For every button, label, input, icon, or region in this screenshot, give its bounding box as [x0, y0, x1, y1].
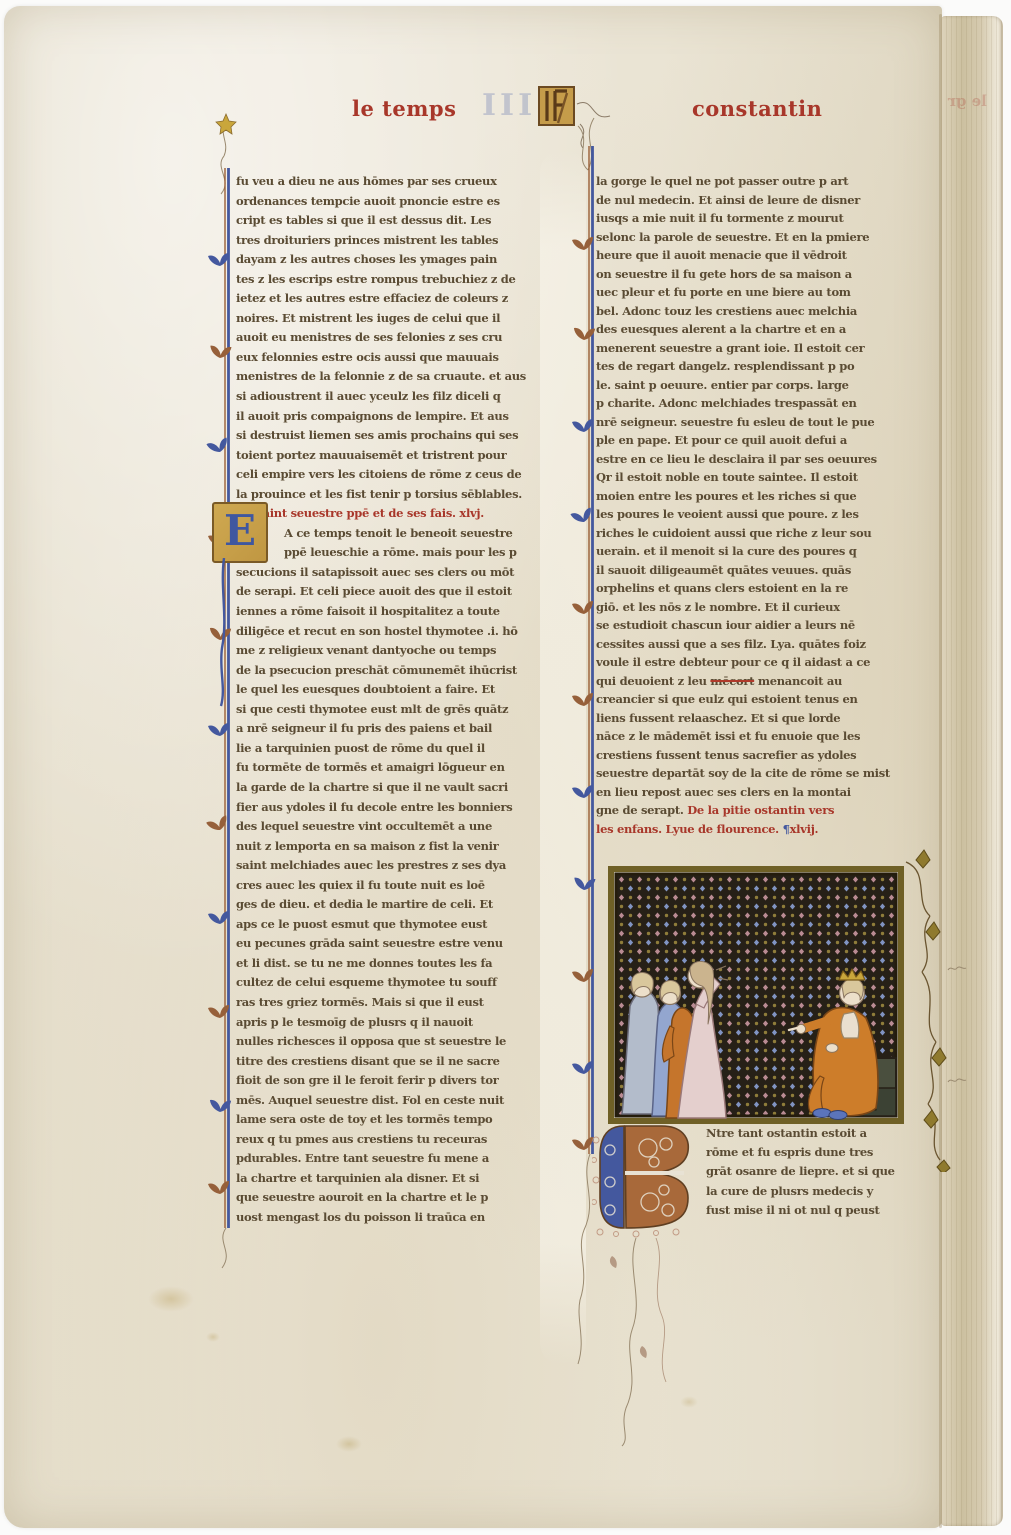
text-line: auoit eu menistres de ses felonies z ses… [236, 328, 539, 348]
text-line: on seuestre il fu gete hors de sa maison… [596, 265, 905, 284]
text-line: secucions il satapissoit auec ses clers … [236, 563, 539, 583]
text-line: tes z les escrips estre rompus trebuchie… [236, 270, 539, 290]
text-line: tres droituriers princes mistrent les ta… [236, 231, 539, 251]
text-line: des euesques alerent a la chartre et en … [596, 320, 905, 339]
miniature-constantine-and-women [608, 866, 904, 1124]
text-line: celi empire vers les citoiens de rōme z … [236, 465, 539, 485]
text-line: uerain. et il menoit si la cure des pour… [596, 542, 905, 561]
text-line: fu veu a dieu ne aus hōmes par ses crueu… [236, 172, 539, 192]
text-line: si que cesti thymotee eust mlt de grēs q… [236, 700, 539, 720]
text-line: tes de regart dangelz. resplendissant p … [596, 357, 905, 376]
blue-paraph-mark: ¶ [783, 822, 790, 836]
text-line: toient portez mauuaisemēt et tristrent p… [236, 446, 539, 466]
text-line: noires. Et mistrent les iuges de celui q… [236, 309, 539, 329]
text-line: des lequel seuestre vint occultemēt a un… [236, 817, 539, 837]
text-column-left: fu veu a dieu ne aus hōmes par ses crueu… [236, 172, 539, 1228]
text-line: uec pleur et fu porte en une biere au to… [596, 283, 905, 302]
text-line: iusqs a mie nuit il fu tormente z mourut [596, 209, 905, 228]
text-line: nāce z le mādemēt issi et fu enuoie que … [596, 727, 905, 746]
left-column-block-b: secucions il satapissoit auec ses clers … [236, 563, 539, 1228]
right-column-block-a1: la gorge le quel ne pot passer outre p a… [596, 172, 905, 672]
initial-penwork-tail-icon [596, 1238, 726, 1448]
text-line: cessites aussi que a ses filz. Lya. quāt… [596, 635, 905, 654]
left-column-indented-lines: A ce temps tenoit le beneoit seuestreppē… [236, 524, 539, 563]
text-line: titre des crestiens disant que se il ne … [236, 1052, 539, 1072]
text-line: apris p le tesmoīg de plusrs q il nauoit [236, 1013, 539, 1033]
text-line: cres auec les quiex il fu toute nuit es … [236, 876, 539, 896]
running-title-left: le temps [352, 96, 456, 121]
text-line: il sauoit diligeaumēt quātes veuues. quā… [596, 561, 905, 580]
text-line: il auoit pris compaignons de lempire. Et… [236, 407, 539, 427]
text-line: estre en ce lieu le desclaira il par ses… [596, 450, 905, 469]
text-line: si destruist liemen ses amis prochains q… [236, 426, 539, 446]
text-line: fier aus ydoles il fu decole entre les b… [236, 798, 539, 818]
rubric-mixed-line: gne de serapt. De la pitie ostantin vers [596, 801, 905, 820]
women-group-figure [622, 961, 728, 1118]
text-line: iennes a rōme faisoit il hospitalitez a … [236, 602, 539, 622]
text-line: orphelins et quans clers estoient en la … [596, 579, 905, 598]
text-line: ietez et les autres estre effaciez de co… [236, 289, 539, 309]
text-line: p charite. Adonc melchiades trespassāt e… [596, 394, 905, 413]
text-line: menerent seuestre a grant ioie. Il estoi… [596, 339, 905, 358]
parchment-stain [206, 1332, 220, 1342]
text-line: selonc la parole de seuestre. Et en la p… [596, 228, 905, 247]
text-line: eu pecunes grāda saint seuestre estre ve… [236, 934, 539, 954]
text-line: nulles richesces il opposa que st seuest… [236, 1032, 539, 1052]
text-line: pdurables. Entre tant seuestre fu mene a [236, 1149, 539, 1169]
left-column-block-a: fu veu a dieu ne aus hōmes par ses crueu… [236, 172, 539, 504]
text-line: si adioustrent il auec yceulz les filz d… [236, 387, 539, 407]
text-line: moien entre les poures et les riches si … [596, 487, 905, 506]
text-line: me z religieux venant dantyoche ou temps [236, 641, 539, 661]
text-line: reux q tu pmes aus crestiens tu receuras [236, 1130, 539, 1150]
text-line: lie a tarquinien puost de rōme du quel i… [236, 739, 539, 759]
right-column-block-a2: creancier si que eulz qui estoient tenus… [596, 690, 905, 801]
page-edge-line [939, 14, 942, 1528]
text-line: aps ce le puost esmut que thymotee eust [236, 915, 539, 935]
text-line: se estudioit chascun iour aidier a leurs… [596, 616, 905, 635]
text-line: les poures le veoient aussi que poure. z… [596, 505, 905, 524]
text-line: fu tormēte de tormēs et amaigri lōgueur … [236, 758, 539, 778]
right-ivy-sprays-icon [896, 842, 972, 1172]
text-line: et li dist. se tu ne me donnes toutes le… [236, 954, 539, 974]
text-line: bel. Adonc touz les crestiens auec melch… [596, 302, 905, 321]
bleedthrough-red-text: le gr [948, 92, 987, 110]
text-line: eux felonnies estre ocis aussi que mauua… [236, 348, 539, 368]
text-line: menistres de la felonnie z de sa cruaute… [236, 367, 539, 387]
text-line: uost mengast los du poisson li traūca en [236, 1208, 539, 1228]
initial-tail-flourish-icon [216, 558, 234, 708]
text-line: la chartre et tarquinien ala disner. Et … [236, 1169, 539, 1189]
text-line: lame sera oste de toy et les tormēs temp… [236, 1110, 539, 1130]
book-fore-edge [941, 16, 1003, 1526]
text-line: ppē leueschie a rōme. mais pour les p [236, 543, 539, 563]
text-line: crestiens fussent tenus sacrefier as ydo… [596, 746, 905, 765]
text-line: fioit de son gre il le feroit ferir p di… [236, 1071, 539, 1091]
text-line: dayam z les autres choses les ymages pai… [236, 250, 539, 270]
manuscript-scan: le temps constantin III le gr [0, 0, 1011, 1535]
text-line: le. saint p oeuure. entier par corps. la… [596, 376, 905, 395]
text-line: de nul medecin. Et ainsi de leure de dis… [596, 191, 905, 210]
parchment-stain [336, 1436, 362, 1452]
text-line: cultez de celui esqueme thymotee tu souf… [236, 973, 539, 993]
text-line: voule il estre debteur pour ce q il aida… [596, 653, 905, 672]
text-line: seuestre departāt soy de la cite de rōme… [596, 764, 905, 783]
text-line: creancier si que eulz qui estoient tenus… [596, 690, 905, 709]
rubric-saint-silvester: De saint seuestre ppē et de ses fais. xl… [236, 504, 539, 524]
text-line: A ce temps tenoit le beneoit seuestre [236, 524, 539, 544]
text-line: la prouince et les fist tenir p torsius … [236, 485, 539, 505]
text-line: giō. et les nōs z le nombre. Et il curie… [596, 598, 905, 617]
text-line: heure que il auoit menacie que il vēdroi… [596, 246, 905, 265]
text-line: riches le cuidoient aussi que riche z le… [596, 524, 905, 543]
text-line: cript es tables si que il est dessus dit… [236, 211, 539, 231]
text-line: nuit z lemporta en sa maison z fist la v… [236, 837, 539, 857]
illuminated-initial-puzzle [592, 1120, 700, 1238]
text-line: Qr il estoit noble en toute saintee. Il … [596, 468, 905, 487]
text-line: ras tres griez tormēs. Mais si que il eu… [236, 993, 539, 1013]
text-line: que seuestre aouroit en la chartre et le… [236, 1188, 539, 1208]
text-line: de serapi. Et celi piece auoit des que i… [236, 582, 539, 602]
text-line: saint melchiades auec les prestres z ses… [236, 856, 539, 876]
text-line: la gorge le quel ne pot passer outre p a… [596, 172, 905, 191]
text-line: ges de dieu. et dedia le martire de celi… [236, 895, 539, 915]
text-line: diligēce et recut en son hostel thymotee… [236, 622, 539, 642]
illuminated-initial-small: E [212, 502, 268, 563]
text-line: nrē seigneur. seuestre fu esleu de tout … [596, 413, 905, 432]
rubric-constantine-line: les enfans. Lyue de flourence. ¶xlvij. [596, 820, 905, 839]
struck-word: mēcort [710, 674, 754, 688]
bleedthrough-numerals: III [482, 88, 536, 123]
text-line: en lieu repost auec ses clers en la mont… [596, 783, 905, 802]
text-line: ple en pape. Et pour ce quil auoit defui… [596, 431, 905, 450]
text-line: ordenances tempcie auoit pnoncie estre e… [236, 192, 539, 212]
text-line: de la psecucion preschāt cōmunemēt ihūcr… [236, 661, 539, 681]
running-title-right: constantin [692, 96, 822, 121]
line-with-strikethrough: qui deuoient z leu mēcort menancoit au [596, 672, 905, 691]
text-line: mēs. Auquel seuestre dist. Fol en ceste … [236, 1091, 539, 1111]
text-line: liens fussent relaaschez. Et si que lord… [596, 709, 905, 728]
folio-number-ornament: III [478, 78, 628, 148]
text-line: la garde de la chartre si que il ne vaul… [236, 778, 539, 798]
parchment-stain [148, 1286, 194, 1312]
text-line: a nrē seigneur il fu pris des paiens et … [236, 719, 539, 739]
text-line: le quel les euesques doubtoient a faire.… [236, 680, 539, 700]
